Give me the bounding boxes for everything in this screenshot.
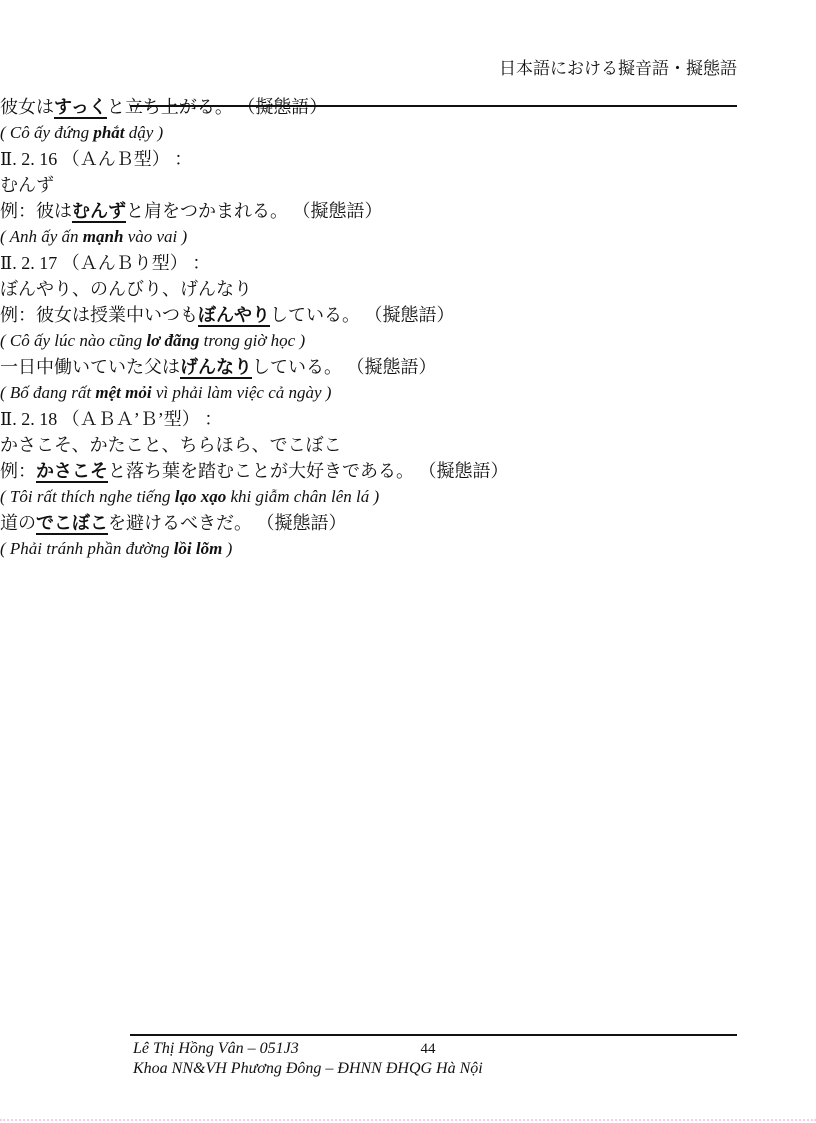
jp-text-pre: 一日中働いていた父は [0,357,180,377]
jp-text-post: している。 （擬態語） [270,305,455,325]
translation-highlight: lơ đãng [146,331,199,350]
section-II-2-18-example1-vietnamese: ( Tôi rất thích nghe tiếng lạo xạo khi g… [0,484,816,510]
onomatopoeia-highlight: かさこそ [36,461,108,483]
section-II-2-18-example2-vietnamese: ( Phải tránh phần đường lồi lõm ) [0,536,816,562]
jp-text-pre: 道の [0,513,36,533]
section-heading-II-2-18: Ⅱ. 2. 18 （ＡＢＡ’Ｂ’型） ： [0,406,816,432]
vi-text-pre: ( Tôi rất thích nghe tiếng [0,487,175,506]
section-heading-II-2-17: Ⅱ. 2. 17 （ＡんＢり型） ： [0,250,816,276]
section-II-2-18-word-list: かさこそ、かたこと、ちらほら、でこぼこ [0,432,816,458]
vi-text-post: vì phải làm việc cả ngày ) [152,383,332,402]
jp-text-pre: 彼女は [0,97,54,117]
section-II-2-16-example-japanese: 例：彼はむんずと肩をつかまれる。 （擬態語） [0,198,816,224]
vi-text-post: dậy ) [125,123,164,142]
footer-rule [130,1034,737,1036]
document-page: 日本語における擬音語・擬態語 彼女はすっくと立ち上がる。 （擬態語） ( Cô … [0,0,816,1123]
jp-text-post: している。 （擬態語） [252,357,437,377]
intro-example-japanese: 彼女はすっくと立ち上がる。 （擬態語） [0,94,816,120]
section-heading-II-2-16: Ⅱ. 2. 16 （ＡんＢ型） ： [0,146,816,172]
jp-text-post: を避けるべきだ。 （擬態語） [108,513,347,533]
jp-text-post: と肩をつかまれる。 （擬態語） [126,201,383,221]
translation-highlight: mạnh [83,227,124,246]
section-II-2-18-example1-japanese: 例：かさこそと落ち葉を踏むことが大好きである。 （擬態語） [0,458,816,484]
vi-text-pre: ( Cô ấy đứng [0,123,93,142]
vi-text-pre: ( Cô ấy lúc nào cũng [0,331,146,350]
section-II-2-17-example2-vietnamese: ( Bố đang rất mệt mỏi vì phải làm việc c… [0,380,816,406]
jp-text-pre: 例： [0,461,36,481]
section-II-2-17-example1-vietnamese: ( Cô ấy lúc nào cũng lơ đãng trong giờ h… [0,328,816,354]
vi-text-post: khi giẫm chân lên lá ) [226,487,379,506]
page-content: 彼女はすっくと立ち上がる。 （擬態語） ( Cô ấy đứng phắt dậ… [0,94,816,562]
vi-text-post: trong giờ học ) [199,331,305,350]
header-title: 日本語における擬音語・擬態語 [499,59,737,78]
vi-text-post: ) [222,539,232,558]
section-II-2-17-example1-japanese: 例：彼女は授業中いつもぼんやりしている。 （擬態語） [0,302,816,328]
intro-example-vietnamese: ( Cô ấy đứng phắt dậy ) [0,120,816,146]
page-bottom-dotted-line [0,1119,816,1121]
jp-text-pre: 例：彼女は授業中いつも [0,305,198,325]
translation-highlight: mệt mỏi [95,383,151,402]
onomatopoeia-highlight: でこぼこ [36,513,108,535]
jp-text-post: と立ち上がる。 （擬態語） [107,97,328,117]
vi-text-pre: ( Anh ấy ấn [0,227,83,246]
vi-text-pre: ( Phải tránh phần đường [0,539,174,558]
vi-text-pre: ( Bố đang rất [0,383,95,402]
section-II-2-17-example2-japanese: 一日中働いていた父はげんなりしている。 （擬態語） [0,354,816,380]
onomatopoeia-highlight: ぼんやり [198,305,270,327]
onomatopoeia-highlight: むんず [72,201,126,223]
translation-highlight: lạo xạo [175,487,226,506]
translation-highlight: phắt [93,123,124,142]
footer-department: Khoa NN&VH Phương Đông – ĐHNN ĐHQG Hà Nộ… [133,1059,483,1079]
jp-text-pre: 例：彼は [0,201,72,221]
onomatopoeia-highlight: げんなり [180,357,252,379]
page-number: 44 [408,1039,448,1059]
section-II-2-16-word-list: むんず [0,172,816,198]
translation-highlight: lồi lõm [174,539,223,558]
section-II-2-18-example2-japanese: 道のでこぼこを避けるべきだ。 （擬態語） [0,510,816,536]
vi-text-post: vào vai ) [123,227,187,246]
jp-text-post: と落ち葉を踏むことが大好きである。 （擬態語） [108,461,509,481]
footer-author: Lê Thị Hồng Vân – 051J3 [133,1039,299,1059]
section-II-2-16-example-vietnamese: ( Anh ấy ấn mạnh vào vai ) [0,224,816,250]
onomatopoeia-highlight: すっく [54,97,107,119]
section-II-2-17-word-list: ぼんやり、のんびり、げんなり [0,276,816,302]
